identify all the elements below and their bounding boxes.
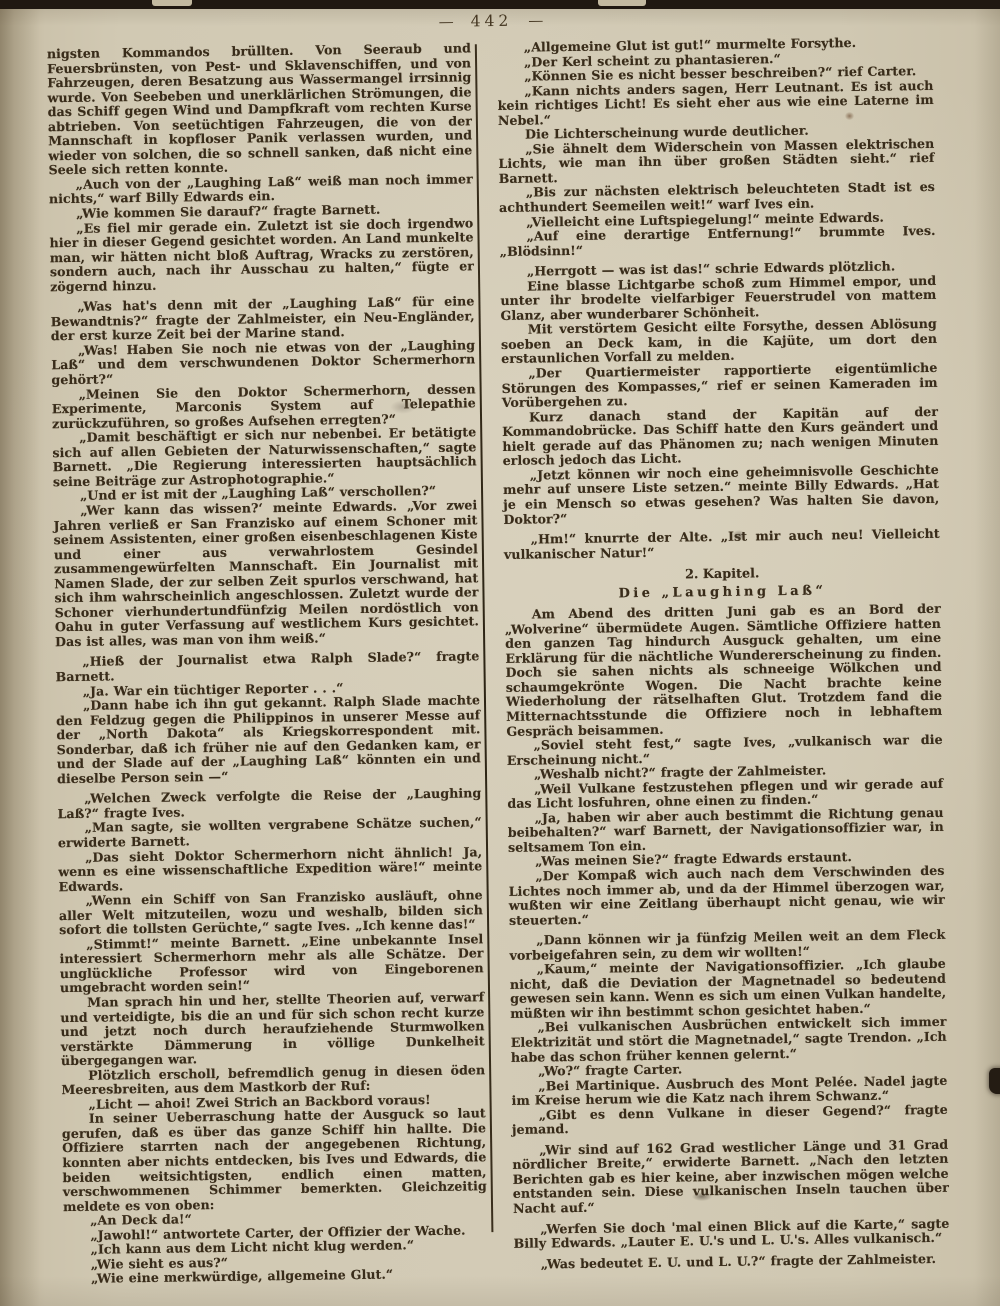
paragraph: „Das sieht Doktor Schermerhorn nicht ähn… <box>58 845 483 895</box>
paragraph: „Was bedeutet E. U. und L. U.?“ fragte d… <box>514 1251 950 1272</box>
paragraph: „Wir sind auf 162 Grad westlicher Länge … <box>512 1138 949 1217</box>
paragraph: „Gibt es denn Vulkane in dieser Gegend?“… <box>512 1103 948 1138</box>
paragraph: Am Abend des dritten Juni gab es an Bord… <box>505 602 943 739</box>
paragraph: Eine blasse Lichtgarbe schoß zum Himmel … <box>500 274 937 324</box>
chapter-title-heading: Die „Laughing Laß“ <box>504 582 940 603</box>
paragraph: „Auf eine derartige Entfernung!“ brummte… <box>499 224 935 259</box>
paragraph: „Werfen Sie doch 'mal einen Blick auf di… <box>513 1216 949 1251</box>
paragraph: „Sie ähnelt dem Widerschein von Massen e… <box>498 137 935 187</box>
book-page: —442— nigsten Kommandos brüllten. Von Se… <box>0 0 1000 1306</box>
paragraph: „Wer kann das wissen?‘ meinte Edwards. „… <box>53 498 479 649</box>
paragraph: „Ja, haben wir aber auch bestimmt die Ri… <box>508 806 945 856</box>
header-dash-left: — <box>439 13 455 31</box>
paragraph: „Dann habe ich ihn gut gekannt. Ralph Sl… <box>56 693 481 786</box>
paragraph: „Wie eine merkwürdige, allgemeine Glut.“ <box>64 1267 488 1287</box>
page-number: 442 <box>471 12 513 31</box>
right-column-lower: Am Abend des dritten Juni gab es an Bord… <box>505 602 950 1272</box>
paragraph: „Der Kompaß wich auch nach dem Verschwin… <box>508 864 945 928</box>
paragraph: Mit verstörtem Gesicht eilte Forsythe, d… <box>501 317 938 367</box>
left-column: nigsten Kommandos brüllten. Von Seeraub … <box>47 41 488 1287</box>
paragraph: Kurz danach stand der Kapitän auf der Ko… <box>502 405 939 469</box>
right-column: „Allgemeine Glut ist gut!“ murmelte Fors… <box>497 35 950 1272</box>
scan-edge-notch <box>598 0 646 6</box>
paragraph: „Meinen Sie den Doktor Schermerhorn, des… <box>52 382 477 432</box>
header-dash-right: — <box>528 11 544 29</box>
page-content: —442— nigsten Kommandos brüllten. Von Se… <box>0 3 1000 1288</box>
paragraph: „Der Quartiermeister rapportierte eigent… <box>501 361 938 411</box>
paragraph: Man sprach hin und her, stellte Theorien… <box>60 990 485 1069</box>
paragraph: „Was hat's denn mit der „Laughing Laß“ f… <box>50 295 475 345</box>
paragraph: „Bei vulkanischen Ausbrüchen entwickelt … <box>510 1015 947 1065</box>
paragraph: „Stimmt!“ meinte Barnett. „Eine unbekann… <box>59 932 484 996</box>
paragraph: „Kaum,“ meinte der Navigationsoffizier. … <box>510 957 947 1021</box>
text-columns: nigsten Kommandos brüllten. Von Seeraub … <box>0 34 1000 1288</box>
page-edge-mark <box>989 1068 1000 1094</box>
scan-edge-notch <box>152 0 192 6</box>
paragraph: nigsten Kommandos brüllten. Von Seeraub … <box>47 41 473 178</box>
paragraph: In seiner Ueberraschung hatte der Ausguc… <box>62 1107 487 1215</box>
paragraph: „Was! Haben Sie noch nie etwas von der „… <box>51 338 476 388</box>
paragraph: „Kann nichts anders sagen, Herr Leutnant… <box>497 79 934 129</box>
paragraph: „Hm!“ knurrte der Alte. „Ist mir auch ne… <box>504 527 940 562</box>
right-column-upper: „Allgemeine Glut ist gut!“ murmelte Fors… <box>497 35 940 562</box>
page-number-header: —442— <box>0 5 992 37</box>
paragraph: „Damit beschäftigt er sich nur nebenbei.… <box>52 426 477 490</box>
paragraph: „Es fiel mir gerade ein. Zuletzt ist sie… <box>49 216 474 295</box>
paragraph: „Wenn ein Schiff von San Franzisko auslä… <box>59 888 484 938</box>
scan-top-edge <box>0 0 1000 9</box>
paragraph: „Jetzt können wir noch eine geheimnisvol… <box>503 463 940 527</box>
